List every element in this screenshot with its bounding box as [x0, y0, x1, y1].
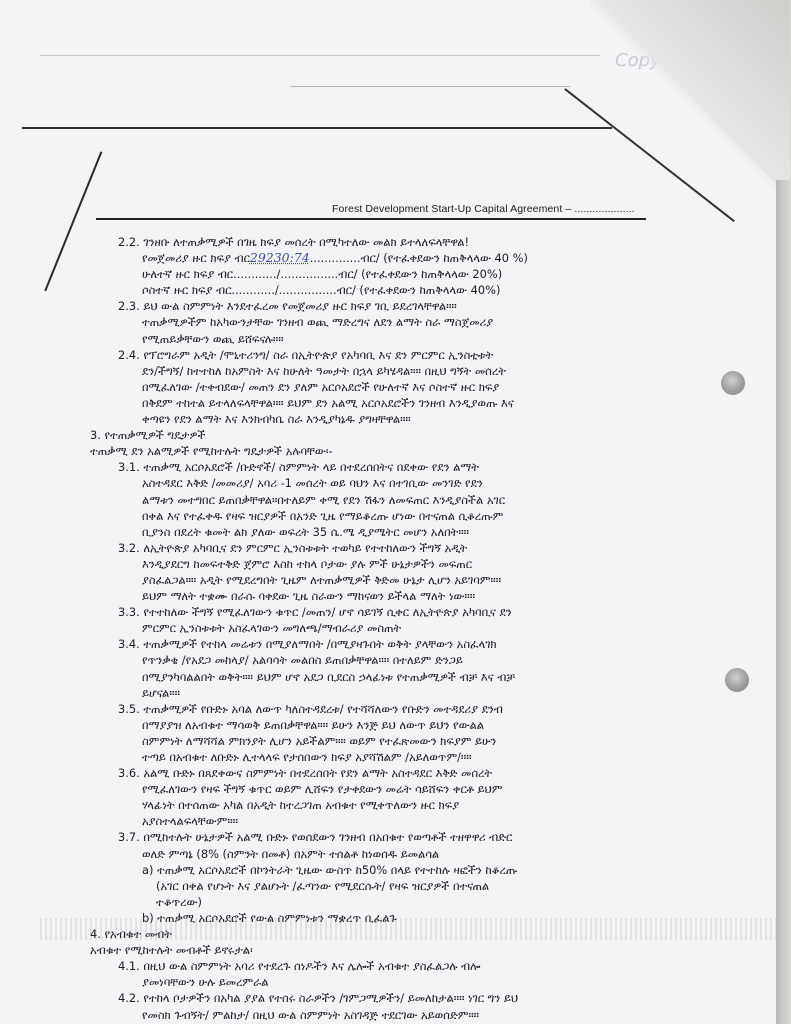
- clause-line: የመጀመሪያ ዙር ክፍያ ብር29230:74..............ብር…: [98, 250, 698, 266]
- clause-line: 3.4. ተጠቃሚዎች የተከላ መሬቱን በሚያለማበት /በሚያዛጉበት ወ…: [98, 636, 698, 652]
- clause-line: 3.3. የተተከለው ችግኝ የሚፈለገውን ቁጥር /መጠን/ ሆኖ ሳይገ…: [98, 604, 698, 620]
- clause-line: በሚፈለገው /ተቀብደው/ መጠን ደን ያለም አርሶአደሮች የሁለተኛ …: [98, 379, 698, 395]
- clause-line: 2.2. ገንዘቡ ለተጠቃሚዎች በገዜ ክፍያ መሰረት በሚካተለው መል…: [98, 234, 698, 250]
- clause-line: 3.2. ለኢትዮጵያ አካባቢና ደን ምርምር ኢንስቱቱት ተወካይ የተ…: [98, 540, 698, 556]
- scan-smudge: [40, 918, 780, 940]
- clause-line: 3.5. ተጠቃሚዎች የቡድኑ አባል ለውጥ ካለስተዳደረቱ/ የተሻሻለ…: [98, 701, 698, 717]
- clause-line: ምርምር ኢንስቱቱት አስፈላገውን መግለጫ/ማብራሪያ መስጠት: [98, 620, 698, 636]
- clause-line: ተጣይ በአብቁተ ለቡድኑ ሊተላላፍ የታሰበውን ክፍያ አያሻሽልም /…: [98, 749, 698, 765]
- sub-item-line: (አገር በቀል የሆኑት እና ያልሆኑት /ፈጣንው የሚደርሱት/ የዛፍ…: [98, 878, 698, 894]
- clause-line: ሶስተኛ ዙር ክፍያ ብር............/.............…: [98, 282, 698, 298]
- clause-line: አስተዳደር እቅድ /መመሪያ/ አባሪ -1 መሰረት ወይ ባህን እና …: [98, 475, 698, 491]
- clause-text: የመጀመሪያ ዙር ክፍያ ብር: [142, 251, 250, 265]
- top-faint-rule-2: [290, 86, 570, 87]
- clause-line: እንዲያደርግ ከመፍተቅድ ጀምሮ እስከ ተከላ ቦታው ያሉ ምች ሁኔታ…: [98, 556, 698, 572]
- document-body: 2.2. ገንዘቡ ለተጠቃሚዎች በገዜ ክፍያ መሰረት በሚካተለው መል…: [98, 234, 698, 1023]
- clause-line: የሚፈለገውን የዛፍ ችግኝ ቁጥር ወይም ሊሸፍን የታቀደውን መሬት …: [98, 781, 698, 797]
- clause-line: የጥንቃቄ /የአደጋ መከላያ/ አልባሳት መልበስ ይጠበቃቸዋል።። በ…: [98, 652, 698, 668]
- punch-hole-top: [721, 371, 745, 395]
- clause-line: በቀል እና የተፈቀዱ የዛፍ ዝርያዎች በአንድ ጊዜ የማይቆረጡ ሆነ…: [98, 508, 698, 524]
- clause-line: ቢያንስ በደረት ቁመት ልክ ያለው ወፍረት 35 ሴ.ሜ ዲያሜትር መ…: [98, 524, 698, 540]
- header-title: Forest Development Start-Up Capital Agre…: [332, 203, 635, 215]
- sub-item-line: ተቆጥረው): [98, 894, 698, 910]
- section-intro: ተጠቃሚ ደን አልሚዎች የሚከተሉት ግዴታዎች አሉባቸው፡-: [90, 443, 698, 459]
- clause-line: ይህም ማለት ተቋሙ በራሱ ባቀደው ጊዜ ስራውን ማከናወን ይችላል …: [98, 588, 698, 604]
- clause-line: 3.7. በሚከተሉት ሁኔታዎች አልሚ ቡድኑ የወሰደውን ገንዘብ በአ…: [98, 829, 698, 845]
- clause-line: ስምምነት ለማሻሻል ምክንያት ሊሆን አይችልም።። ወይም የተፈጽመው…: [98, 733, 698, 749]
- clause-line: ተጠቃሚዎችም ከአካውንታቸው ገንዘብ ወጪ ማድረግና ለደን ልማት ስ…: [98, 314, 698, 330]
- clause-line: ወለድ ምጣኔ (8% (ስምንት በመቶ) በአምት ተሰልቶ ከነወሰዱ ይ…: [98, 846, 698, 862]
- clause-line: የሚጠይቃቸውን ወጪ ይሸፍናሉ።።: [98, 331, 698, 347]
- clause-line: ያመነባቸውን ሁሉ ይመረምራል: [98, 974, 698, 990]
- handwritten-amount: 29230:74: [250, 250, 310, 265]
- clause-line: ሃላፊነት በተሰጠው አካል በአዲት ከተረጋገጠ አብቁተ የሚቀጥለውን…: [98, 797, 698, 813]
- clause-line: ደን/ችግኝ/ ከተተከለ ከአምስት እና ከሁለት ዓመታት በኋላ ይካሄ…: [98, 363, 698, 379]
- clause-line: ልማቱን መተግበር ይጠበቃቸዋል።በተለይም ቀሚ የደን ሽፋን ለመፍጠ…: [98, 492, 698, 508]
- clause-line: 4.1. በዚህ ውል ስምምነት አባሪ የተደረጉ ሰነዶችን እና ሌሎች…: [98, 958, 698, 974]
- handwritten-note: Copy: [615, 50, 661, 71]
- punch-hole-bottom: [725, 668, 749, 692]
- clause-line: ያስፈልጋል።። አዲት የሚደረግበት ጊዜም ለተጠቃሚዎች ቅድመ ሁኔታ…: [98, 572, 698, 588]
- clause-line: 4.2. የተከላ ቦታዎችን በአካል ያያል የተሰሩ ስራዎችን /ገምጋ…: [98, 990, 698, 1006]
- clause-line: 2.3. ይህ ውል ስምምነት እንደተፈረመ የመጀመሪያ ዙር ክፍያ ገ…: [98, 298, 698, 314]
- clause-line: ቀጣዩን የደን ልማት እና እንክብካቤ ስራ እንዲያካኔዱ ያግዛቸዋል…: [98, 411, 698, 427]
- clause-line: ሁለተኛ ዙር ክፍያ ብር............/.............…: [98, 266, 698, 282]
- clause-line: 3.6. አልሚ ቡድኑ በጸደቀውና ስምምነት በተደረሰበት የደን ልማ…: [98, 765, 698, 781]
- header-rule: [96, 218, 646, 220]
- clause-line: በሚያንካባልልበት ወቅት።። ይህም ሆኖ አደጋ ቢደርስ ኃላፊነቱ የ…: [98, 669, 698, 685]
- scanned-page: Copy Forest Development Start-Up Capital…: [0, 0, 778, 1024]
- clause-line: በቅደም ተከተል ይተላለፍላቸዋል።። ይህም ደን አልሚ አርሶአደሮች…: [98, 395, 698, 411]
- clause-line: 2.4. የፕሮግራም አዲት /ሞኒተሪንግ/ ስራ በኢትዮጵያ የአካባቢ…: [98, 347, 698, 363]
- clause-line: አያስተላልፍላቸውም።።: [98, 813, 698, 829]
- top-rule: [22, 127, 612, 129]
- clause-line: የመስክ ጉብኝት/ ምልከታ/ በዚህ ውል ስምምነት አስገዳጅ ተደርገ…: [98, 1007, 698, 1023]
- section-heading: 3. የተጠቃሚዎች ግዴታዎች: [90, 427, 698, 443]
- page-edge-shadow: [776, 180, 791, 1024]
- clause-line: 3.1. ተጠቃሚ አርሶአደሮች /ቡድኖች/ ስምምነት ላይ በተደረሰበ…: [98, 459, 698, 475]
- sub-item-line: a) ተጠቃሚ አርሶአደሮች በኮንትራት ጊዜው ውስጥ ከ50% በላይ …: [98, 862, 698, 878]
- clause-line: ይሆናል።።: [98, 685, 698, 701]
- section-intro: አብቁተ የሚከተሉት መብቶች ይኖሩታል፡: [90, 942, 698, 958]
- clause-text: ..............ብር/ (የተፈቀደውን ከጠቅላላው 40 %): [310, 251, 528, 265]
- clause-line: በማያያዝ ለአብቁተ ማሳወቅ ይጠበቃቸዋል።። ይሁን እንጅ ይህ ለው…: [98, 717, 698, 733]
- top-faint-rule: [40, 55, 600, 56]
